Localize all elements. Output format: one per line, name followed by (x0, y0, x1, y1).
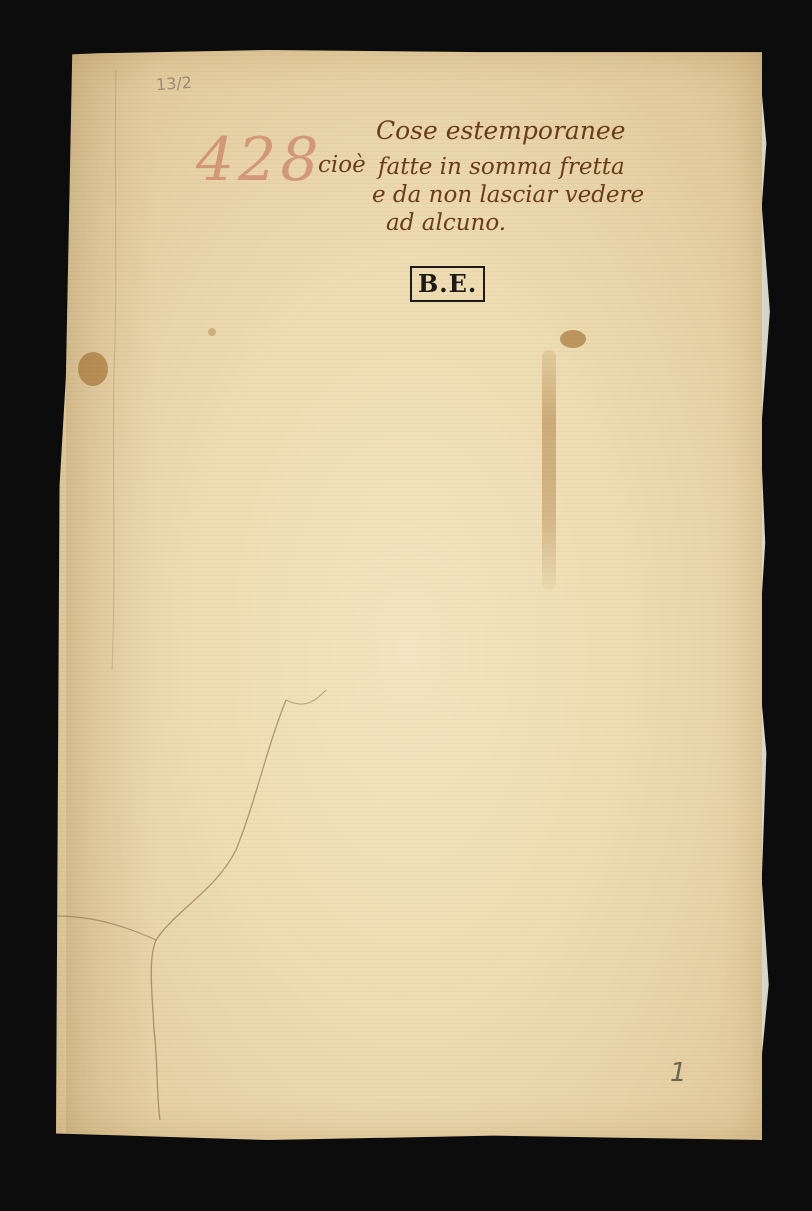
annotation-line-2: fatte in somma fretta (378, 153, 625, 182)
annotation-prefix: cioè (318, 151, 366, 180)
annotation-line-1: Cose estemporanee (376, 116, 626, 145)
stain-spot (208, 328, 216, 336)
red-inventory-number: 428 (196, 125, 323, 195)
annotation-line-4: ad alcuno. (386, 209, 506, 238)
stain-right (560, 330, 586, 348)
stain-left (78, 352, 108, 386)
manuscript-page: 13/2 428 cioè Cose estemporanee fatte in… (56, 50, 762, 1140)
folio-number: 1 (670, 1058, 687, 1088)
pencil-shelf-mark: 13/2 (155, 73, 192, 94)
annotation-line-3: e da non lasciar vedere (372, 181, 644, 210)
library-stamp: B.E. (410, 266, 485, 302)
water-streak (542, 350, 556, 590)
left-fold-shadow (66, 50, 156, 1140)
